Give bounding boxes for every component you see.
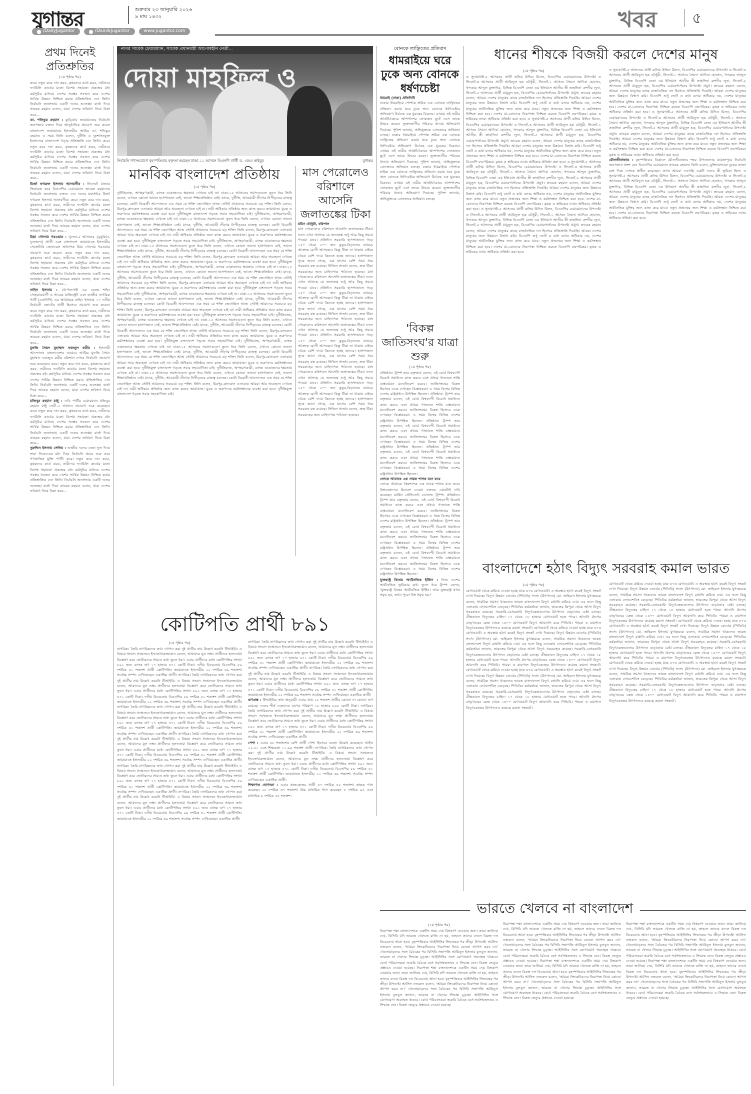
person-figure	[287, 86, 332, 156]
person-figure	[332, 101, 372, 156]
article-body: মেগাওয়াট থেকে কমিয়ে দেওয়া হচ্ছে মাত্র…	[609, 582, 746, 892]
article-jalatanka-tika: মাস পেরোলেও বরিশালে আসেনি জলাতঙ্কের টিকা…	[298, 166, 373, 557]
continuation-label: (১ম পৃষ্ঠার পর)	[30, 74, 110, 81]
continuation-label: (১ম পৃষ্ঠার পর)	[466, 582, 601, 589]
article-bharote-col2: নিরাপত্তা শঙ্কা বাংলাদেশকে একটিন সময় দে…	[503, 922, 621, 1087]
article-prothom-dinei: প্রথম দিনেই প্রতিশ্রুতির (১ম পৃষ্ঠার পর)…	[30, 46, 110, 1094]
article-body: নাগরিক। তৈরি নাগরিকদের তথ্য গোপন করা দুই…	[117, 647, 242, 1087]
twitter-icon	[37, 30, 41, 34]
article-body: করে। নতুন করে দান করব, কৃষকদের কার্ড করব…	[30, 81, 110, 1094]
article-body: ও সুনামগঞ্জ-৫ আসনের প্রার্থী কলিম উদ্দিন…	[466, 75, 601, 525]
article-body: মেগাওয়াট থেকে কমিয়ে দেওয়া হচ্ছে মাত্র…	[466, 589, 601, 899]
article-body: ঢাকার ধামরাইয়ে পোশাক শ্রমিক এক বোনকে লা…	[380, 101, 460, 276]
article-body: প্রতিষ্ঠান। ট্রাম্প তার বক্তৃতায় বলেন, …	[380, 371, 460, 931]
gregorian-date: শুক্রবার ২৩ জানুয়ারি ২০২৬	[135, 7, 192, 14]
photo-credit: যুগান্তর	[363, 158, 373, 165]
article-headline: ধানের শীষকে বিজয়ী করলে দেশের মানুষ	[466, 46, 746, 64]
article-kotipoti-prarthi: কোটিপতি প্রার্থী ৮৯১	[117, 612, 373, 636]
continuation-label: (১ম পৃষ্ঠার পর)	[380, 922, 498, 929]
page-number: ৫	[692, 7, 702, 32]
article-dhamrai: বোনকে লাঞ্ছিতের প্রতিবাদ ধামরাইয়ে ঘরে ঢ…	[380, 46, 460, 276]
person-figure	[162, 108, 207, 156]
twitter-link[interactable]: /DailyJugantor	[32, 28, 80, 35]
article-headline: ধামরাইয়ে ঘরে ঢুকে অন্য বোনকে ধর্ষণচেষ্ট…	[380, 54, 460, 96]
facebook-link[interactable]: /DainikJugantor	[84, 28, 135, 35]
issue-date: শুক্রবার ২৩ জানুয়ারি ২০২৬ ৯ মাঘ ১৪৩২	[135, 7, 192, 21]
article-body: নাগরিক। তৈরি নাগরিকদের তথ্য গোপন করা দুই…	[248, 640, 373, 1085]
divider	[684, 9, 685, 27]
article-headline: প্রথম দিনেই প্রতিশ্রুতির	[30, 46, 110, 74]
news-photo: নাগর সাবেক চেয়ারম্যান, সাবেক প্রধানমন্ত…	[117, 46, 373, 156]
article-headline: বাংলাদেশে হঠাৎ বিদ্যুৎ সরবরাহ কমাল ভারত	[466, 560, 746, 578]
article-bharote-khelbe-na: ভারতে খেলবে না বাংলাদেশ	[470, 900, 640, 918]
article-kotipoti-col1: (১ম পৃষ্ঠার পর) নাগরিক। তৈরি নাগরিকদের ত…	[117, 640, 242, 1087]
website-link[interactable]: www.jugantor.com	[139, 28, 191, 35]
article-bidyut-col2: মেগাওয়াট থেকে কমিয়ে দেওয়া হচ্ছে মাত্র…	[609, 582, 746, 892]
photo-caption: নির্বাচনি গণসংযোগে বৃহস্পতিবার বক্তৃতা ক…	[117, 158, 373, 165]
continuation-label: (১ম পৃষ্ঠার পর)	[117, 640, 242, 647]
kicker: বোনকে লাঞ্ছিতের প্রতিবাদ	[380, 46, 460, 54]
article-body: নিরাপত্তা শঙ্কা বাংলাদেশকে একটিন সময় দে…	[503, 922, 621, 1087]
banner-text: নাগর সাবেক চেয়ারম্যান, সাবেক প্রধানমন্ত…	[117, 46, 373, 54]
column-rule	[113, 46, 114, 1086]
article-manobik-bangladesh: মানবিক বাংলাদেশ প্রতিষ্ঠায় (১ম পৃষ্ঠার …	[117, 166, 292, 576]
article-bikolpo-jatisongho: 'বিকল্প জাতিসংঘ'র যাত্রা শুরু (১ম পৃষ্ঠা…	[380, 322, 460, 931]
column-rule	[463, 46, 464, 891]
facebook-icon	[89, 30, 93, 34]
article-dhaner-shish-col2: ও সুনামগঞ্জ-৫ আসনের প্রার্থী কলিম উদ্দিন…	[609, 68, 746, 523]
article-headline: ভারতে খেলবে না বাংলাদেশ	[470, 900, 640, 918]
column-rule	[376, 46, 377, 816]
article-headline: মাস পেরোলেও বরিশালে আসেনি জলাতঙ্কের টিকা	[298, 166, 373, 222]
continuation-label: (১ম পৃষ্ঠার পর)	[117, 184, 292, 191]
article-bidyut-sarbaraho: বাংলাদেশে হঠাৎ বিদ্যুৎ সরবরাহ কমাল ভারত	[466, 560, 746, 578]
social-links: /DailyJugantor /DainikJugantor www.jugan…	[32, 28, 190, 35]
bengali-date: ৯ মাঘ ১৪৩২	[135, 14, 192, 21]
article-bharote-col1: (১ম পৃষ্ঠার পর) নিরাপত্তা শঙ্কা বাংলাদেশ…	[380, 922, 498, 1089]
article-bidyut-col1: (১ম পৃষ্ঠার পর) মেগাওয়াট থেকে কমিয়ে দে…	[466, 582, 601, 899]
speaker-figure	[212, 81, 292, 156]
article-body: ও সুনামগঞ্জ-৫ আসনের প্রার্থী কলিম উদ্দিন…	[609, 68, 746, 523]
continuation-label: (১ম পৃষ্ঠার পর)	[466, 68, 601, 75]
headline-rule	[380, 910, 470, 911]
article-body: নিরাপত্তা শঙ্কা বাংলাদেশকে একটিন সময় দে…	[626, 922, 746, 1052]
article-body: দুর্নীতিবাজ, অপহরণকারী, ব্যাংক ডাকাতদের …	[117, 191, 292, 576]
article-dhaner-shish: ধানের শীষকে বিজয়ী করলে দেশের মানুষ	[466, 46, 746, 64]
continuation-label: (১ম পৃষ্ঠার পর)	[380, 364, 460, 371]
section-title: খবর	[618, 3, 657, 40]
header-rule	[215, 34, 350, 36]
article-bharote-col3: নিরাপত্তা শঙ্কা বাংলাদেশকে একটিন সময় দে…	[626, 922, 746, 1052]
article-body: মাস পেরোলেও বরিশালে আসেনি জলাতঙ্কের টিকা…	[298, 227, 373, 557]
article-dhaner-shish-col1: (১ম পৃষ্ঠার পর) ও সুনামগঞ্জ-৫ আসনের প্রা…	[466, 68, 601, 525]
article-kotipoti-col2: নাগরিক। তৈরি নাগরিকদের তথ্য গোপন করা দুই…	[248, 640, 373, 1085]
masthead: যুগান্তর শুক্রবার ২৩ জানুয়ারি ২০২৬ ৯ মা…	[0, 0, 751, 40]
column-rule	[295, 166, 296, 556]
article-headline: মানবিক বাংলাদেশ প্রতিষ্ঠায়	[117, 166, 292, 184]
article-headline: 'বিকল্প জাতিসংঘ'র যাত্রা শুরু	[380, 322, 460, 364]
article-headline: কোটিপতি প্রার্থী ৮৯১	[117, 612, 373, 636]
divider	[128, 6, 129, 24]
headline-rule	[640, 910, 746, 911]
article-body: নিরাপত্তা শঙ্কা বাংলাদেশকে একটিন সময় দে…	[380, 929, 498, 1089]
person-figure	[127, 101, 167, 156]
